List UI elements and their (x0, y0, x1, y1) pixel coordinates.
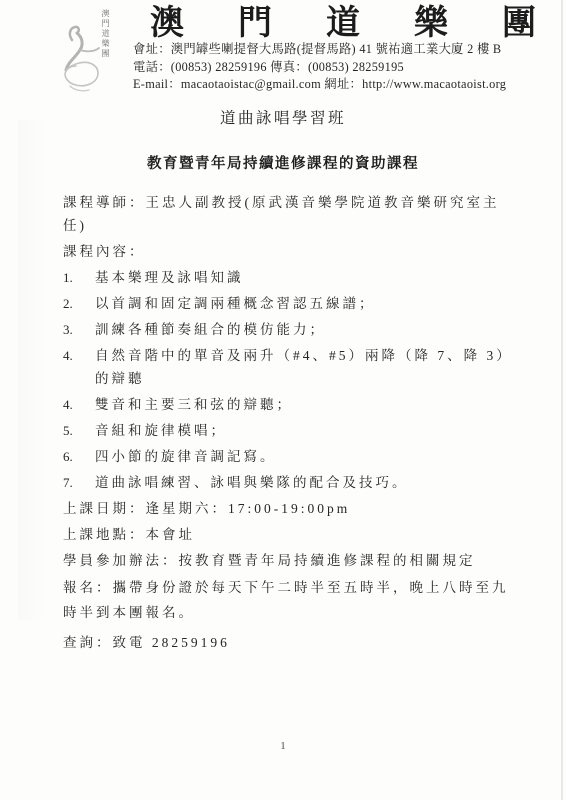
scan-smudge-artifact (18, 120, 48, 620)
item-number: 1. (63, 266, 95, 289)
location-value: 本會址 (146, 527, 196, 542)
enquiry-label: 查詢： (63, 635, 113, 650)
course-title: 道曲詠唱學習班 (0, 106, 566, 128)
list-item: 3.訓練各種節奏組合的模仿能力； (63, 318, 520, 341)
org-title: 澳門道樂團 (150, 4, 566, 44)
course-body: 課程導師：王忠人副教授(原武漢音樂學院道教音樂研究室主任) 課程內容： 1.基本… (63, 191, 520, 654)
email-value: macaotaoistac@gmail.com (181, 77, 321, 91)
list-item: 4.自然音階中的單音及兩升（#4、#5）兩降（降 7、降 3）的辯聽 (63, 344, 520, 390)
instructor-label: 課程導師： (63, 195, 146, 210)
item-number: 5. (63, 419, 95, 442)
list-item: 5.音組和旋律模唱； (63, 419, 520, 442)
list-item: 4.雙音和主要三和弦的辯聽； (63, 393, 520, 416)
list-item: 6.四小節的旋律音調記寫。 (63, 445, 520, 468)
participation-label: 學員參加辦法： (63, 553, 179, 568)
logo-vertical-text: 澳門道樂團 (100, 9, 111, 59)
item-text: 雙音和主要三和弦的辯聽； (95, 393, 519, 416)
phone-label: 電話： (133, 60, 171, 74)
address-line: 會址：澳門罅些喇提督大馬路(提督馬路) 41 號祐適工業大廈 2 樓 B (133, 41, 506, 59)
contact-block: 會址：澳門罅些喇提督大馬路(提督馬路) 41 號祐適工業大廈 2 樓 B 電話：… (133, 41, 506, 94)
schedule-line: 上課日期：逢星期六：17:00-19:00pm (63, 497, 520, 520)
fax-value: (00853) 28259195 (308, 60, 404, 74)
document-page: 澳門道樂團 澳門道樂團 會址：澳門罅些喇提督大馬路(提督馬路) 41 號祐適工業… (0, 0, 566, 800)
email-web-line: E-mail：macaotaoistac@gmail.com 網址：http:/… (133, 76, 506, 94)
item-number: 6. (63, 445, 95, 468)
email-label: E-mail： (133, 77, 181, 91)
instructor-line: 課程導師：王忠人副教授(原武漢音樂學院道教音樂研究室主任) (63, 191, 520, 237)
item-text: 四小節的旋律音調記寫。 (95, 445, 519, 468)
website-label: 網址： (324, 77, 362, 91)
item-text: 音組和旋律模唱； (95, 419, 519, 442)
phone-fax-line: 電話：(00853) 28259196 傳真：(00853) 28259195 (133, 59, 506, 77)
participation-line: 學員參加辦法：按教育暨青年局持續進修課程的相關規定 (63, 549, 520, 572)
phone-value: (00853) 28259196 (171, 60, 267, 74)
address-label: 會址： (133, 42, 171, 56)
subsidy-heading: 教育暨青年局持續進修課程的資助課程 (0, 152, 566, 173)
list-item: 7.道曲詠唱練習、詠唱與樂隊的配合及技巧。 (63, 471, 520, 494)
registration-value: 攜帶身份證於每天下午二時半至五時半，晚上八時至九時半到本團報名。 (63, 580, 509, 620)
enquiry-line: 查詢：致電 28259196 (63, 631, 520, 654)
item-number: 2. (63, 292, 95, 315)
website-value: http://www.macaotaoist.org (362, 77, 506, 91)
location-line: 上課地點：本會址 (63, 523, 520, 546)
item-text: 訓練各種節奏組合的模仿能力； (95, 318, 519, 341)
location-label: 上課地點： (63, 527, 146, 542)
list-item: 2.以首調和固定調兩種概念習認五線譜； (63, 292, 520, 315)
registration-line: 報名：攜帶身份證於每天下午二時半至五時半，晚上八時至九時半到本團報名。 (63, 575, 515, 625)
item-number: 3. (63, 318, 95, 341)
item-text: 以首調和固定調兩種概念習認五線譜； (95, 292, 519, 315)
item-number: 4. (63, 344, 95, 390)
address-value: 澳門罅些喇提督大馬路(提督馬路) 41 號祐適工業大廈 2 樓 B (171, 42, 502, 56)
item-text: 道曲詠唱練習、詠唱與樂隊的配合及技巧。 (95, 471, 519, 494)
schedule-value: 逢星期六：17:00-19:00pm (146, 501, 351, 516)
item-number: 4. (63, 393, 95, 416)
page-number: 1 (0, 740, 566, 752)
participation-value: 按教育暨青年局持續進修課程的相關規定 (179, 553, 476, 568)
content-label-line: 課程內容： (63, 240, 520, 263)
fax-label: 傳真： (270, 60, 308, 74)
registration-label: 報名： (63, 580, 113, 595)
list-item: 1.基本樂理及詠唱知識 (63, 266, 520, 289)
enquiry-value: 致電 28259196 (113, 635, 230, 650)
item-number: 7. (63, 471, 95, 494)
item-text: 基本樂理及詠唱知識 (95, 266, 519, 289)
schedule-label: 上課日期： (63, 501, 146, 516)
item-text: 自然音階中的單音及兩升（#4、#5）兩降（降 7、降 3）的辯聽 (95, 344, 519, 390)
